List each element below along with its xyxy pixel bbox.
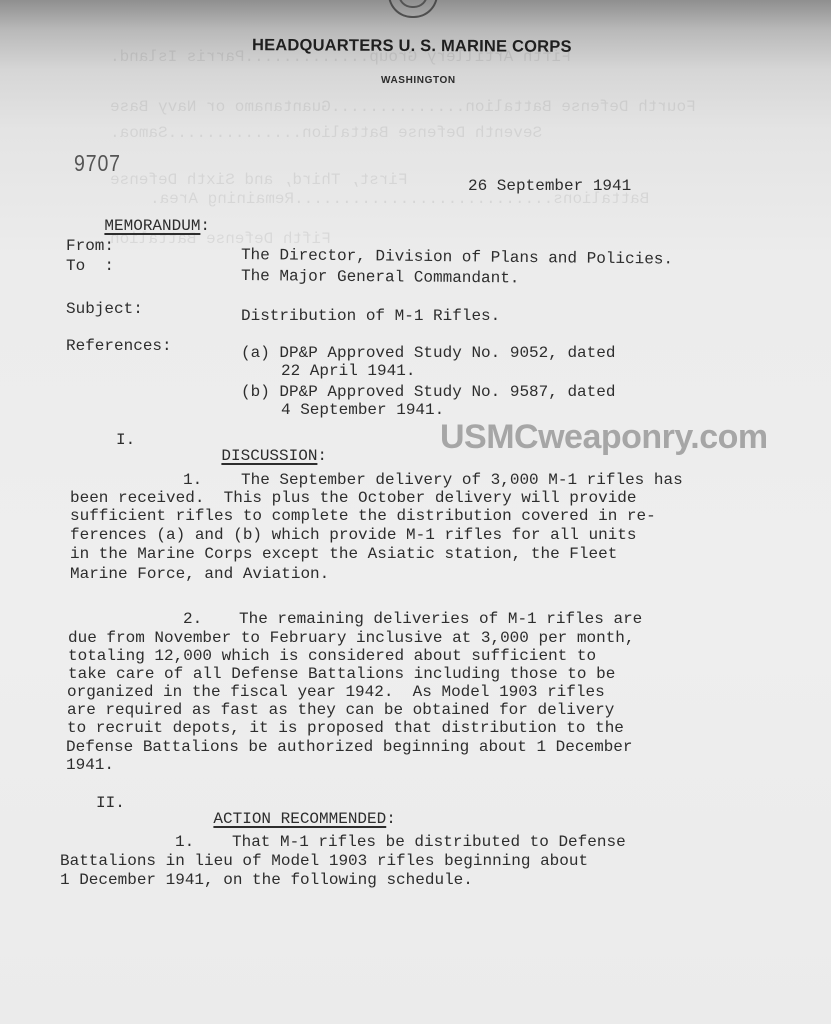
document-number: 9707 <box>74 150 121 177</box>
paragraph-line: sufficient rifles to complete the distri… <box>70 508 656 525</box>
letterhead-location: WASHINGTON <box>381 75 456 86</box>
paragraph-line: been received. This plus the October del… <box>70 490 637 507</box>
paragraph-2-number: 2. <box>183 611 202 628</box>
letterhead-title: HEADQUARTERS U. S. MARINE CORPS <box>252 36 572 57</box>
section-numeral: I. <box>116 432 135 448</box>
reference-a-line2: 22 April 1941. <box>281 363 415 379</box>
paragraph-line: 1941. <box>66 757 114 774</box>
paragraph-line: That M-1 rifles be distributed to Defens… <box>232 834 626 851</box>
bleed-through-line: First, Third, and Sixth Defense <box>110 171 408 189</box>
paragraph-line: are required as fast as they can be obta… <box>67 702 614 719</box>
to-value: The Major General Commandant. <box>241 268 520 286</box>
subject-label: Subject: <box>66 301 143 317</box>
paragraph-line: take care of all Defense Battalions incl… <box>68 666 615 683</box>
paragraph-line: totaling 12,000 which is considered abou… <box>68 648 596 665</box>
paragraph-line: Marine Force, and Aviation. <box>70 566 329 583</box>
reference-b-line1: (b) DP&P Approved Study No. 9587, dated <box>241 384 615 400</box>
references-label: References: <box>66 338 172 354</box>
site-watermark: USMCweaponry.com <box>440 418 768 457</box>
from-value: The Director, Division of Plans and Poli… <box>241 247 673 268</box>
section-heading-text: DISCUSSION <box>221 447 317 465</box>
memo-date: 26 September 1941 <box>468 178 631 194</box>
reference-b-line2: 4 September 1941. <box>281 402 444 418</box>
paragraph-line: to recruit depots, it is proposed that d… <box>67 720 624 737</box>
memo-label-text: MEMORANDUM <box>104 217 200 235</box>
from-label: From: <box>66 238 114 254</box>
section-numeral: II. <box>96 795 125 811</box>
paragraph-line: in the Marine Corps except the Asiatic s… <box>70 546 617 563</box>
paragraph-line: Defense Battalions be authorized beginni… <box>66 739 633 756</box>
reference-a-line1: (a) DP&P Approved Study No. 9052, dated <box>241 345 615 361</box>
paragraph-line: Battalions in lieu of Model 1903 rifles … <box>60 853 588 870</box>
subject-value: Distribution of M-1 Rifles. <box>241 308 500 324</box>
marine-corps-emblem-icon <box>388 0 438 18</box>
to-label: To : <box>66 258 114 274</box>
paragraph-line: ferences (a) and (b) which provide M-1 r… <box>70 527 637 544</box>
paragraph-1-number: 1. <box>183 472 202 489</box>
bleed-through-line: Seventh Defense Battalion..............S… <box>110 124 542 142</box>
paragraph-line: 1 December 1941, on the following schedu… <box>60 872 473 889</box>
paragraph-line: organized in the fiscal year 1942. As Mo… <box>67 684 605 701</box>
paragraph-line: The remaining deliveries of M-1 rifles a… <box>239 611 642 628</box>
paragraph-line: The September delivery of 3,000 M-1 rifl… <box>241 472 683 489</box>
memorandum-page: Fifth Artillery Group.............Parris… <box>0 0 831 1024</box>
paragraph-line: due from November to February inclusive … <box>68 630 635 647</box>
paragraph-1-number: 1. <box>175 834 194 851</box>
bleed-through-line: Fourth Defense Battalion..............Gu… <box>110 98 696 116</box>
section-heading-text: ACTION RECOMMENDED <box>213 810 386 828</box>
